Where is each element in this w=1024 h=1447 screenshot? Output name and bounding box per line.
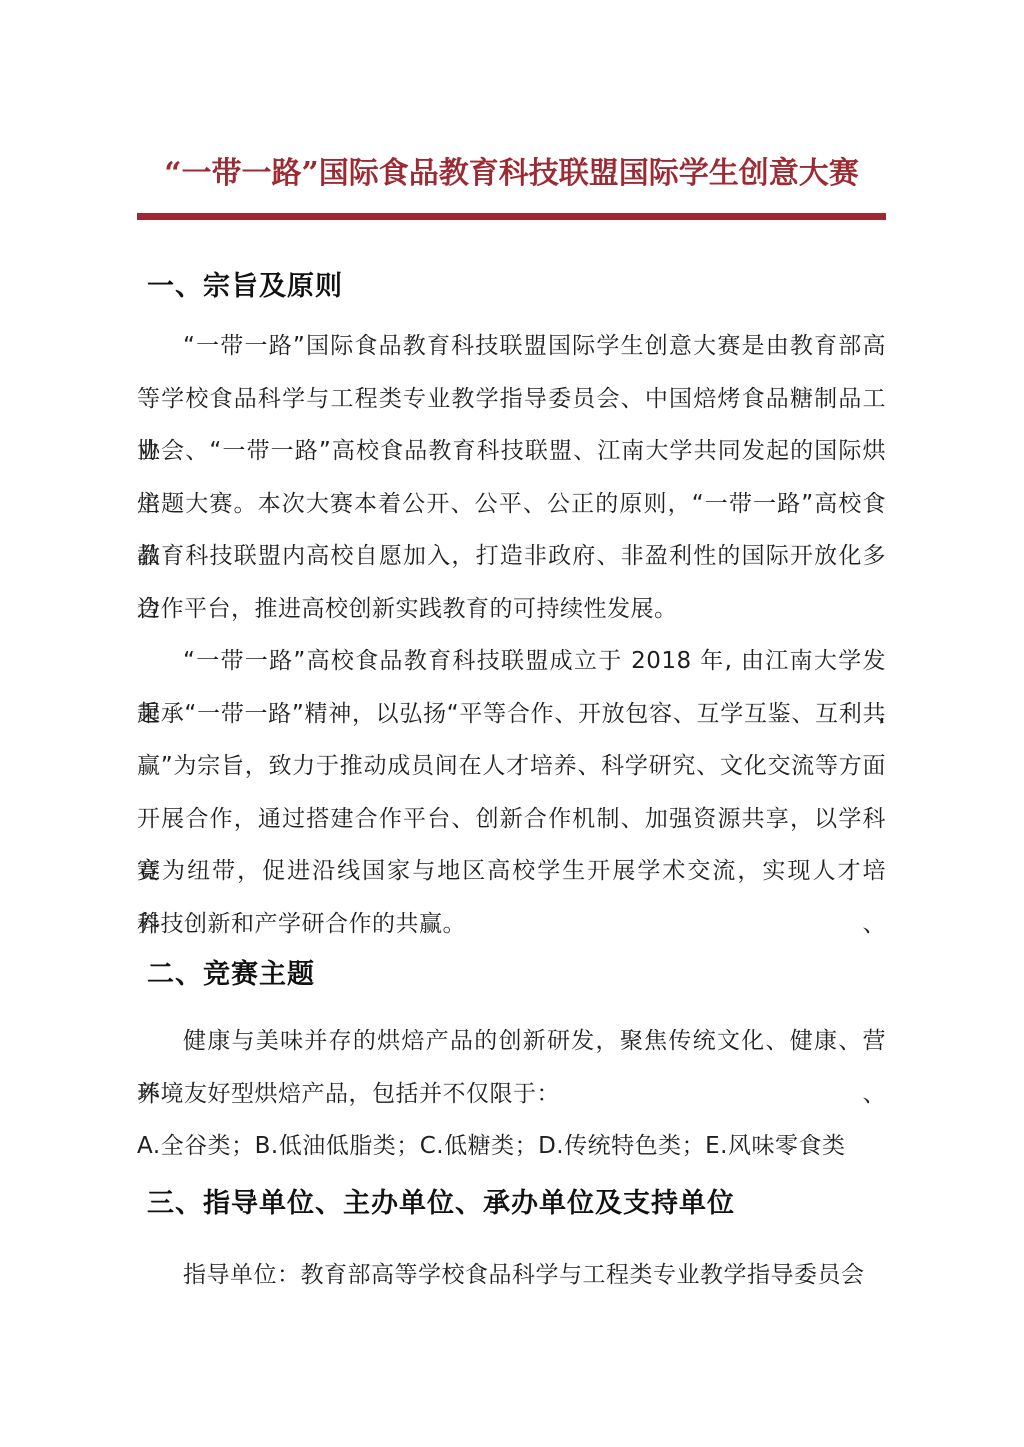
body-line: 合作平台，推进高校创新实践教育的可持续性发展。: [137, 583, 886, 636]
body-line: 等学校食品科学与工程类专业教学指导委员会、中国焙烤食品糖制品工业: [137, 373, 886, 426]
section-heading-theme: 二、竞赛主题: [137, 958, 886, 992]
body-line: 指导单位：教育部高等学校食品科学与工程类专业教学指导委员会: [137, 1249, 886, 1302]
body-line: 秉承“一带一路”精神，以弘扬“平等合作、开放包容、互学互鉴、互利共: [137, 688, 886, 741]
body-line: “一带一路”高校食品教育科技联盟成立于 2018 年, 由江南大学发起,: [137, 635, 886, 688]
document-content: “一带一路”国际食品教育科技联盟国际学生创意大赛 一、宗旨及原则 “一带一路”国…: [137, 150, 886, 1301]
body-line: 主题大赛。本次大赛本着公开、公平、公正的原则，“一带一路”高校食品: [137, 478, 886, 531]
paragraph: 健康与美味并存的烘焙产品的创新研发，聚焦传统文化、健康、营养、 环境友好型烘焙产…: [137, 1015, 886, 1120]
body-line: 协会、“一带一路”高校食品教育科技联盟、江南大学共同发起的国际烘焙: [137, 425, 886, 478]
body-line: 教育科技联盟内高校自愿加入，打造非政府、非盈利性的国际开放化多边: [137, 530, 886, 583]
body-line: 健康与美味并存的烘焙产品的创新研发，聚焦传统文化、健康、营养、: [137, 1015, 886, 1068]
document-page: “一带一路”国际食品教育科技联盟国际学生创意大赛 一、宗旨及原则 “一带一路”国…: [0, 0, 1024, 1447]
paragraph: A.全谷类；B.低油低脂类；C.低糖类；D.传统特色类；E.风味零食类: [137, 1120, 886, 1173]
paragraph: 指导单位：教育部高等学校食品科学与工程类专业教学指导委员会: [137, 1249, 886, 1302]
body-line: 赛为纽带，促进沿线国家与地区高校学生开展学术交流，实现人才培养、: [137, 845, 886, 898]
body-line: 开展合作，通过搭建合作平台、创新合作机制、加强资源共享，以学科竞: [137, 793, 886, 846]
document-title: “一带一路”国际食品教育科技联盟国际学生创意大赛: [137, 150, 886, 198]
paragraph: “一带一路”高校食品教育科技联盟成立于 2018 年, 由江南大学发起, 秉承“…: [137, 635, 886, 950]
body-line: “一带一路”国际食品教育科技联盟国际学生创意大赛是由教育部高: [137, 320, 886, 373]
section-heading-organizers: 三、指导单位、主办单位、承办单位及支持单位: [137, 1187, 886, 1221]
body-line: 赢”为宗旨，致力于推动成员间在人才培养、科学研究、文化交流等方面: [137, 740, 886, 793]
paragraph: “一带一路”国际食品教育科技联盟国际学生创意大赛是由教育部高 等学校食品科学与工…: [137, 320, 886, 635]
title-underline-rule: [137, 213, 886, 220]
category-list-line: A.全谷类；B.低油低脂类；C.低糖类；D.传统特色类；E.风味零食类: [137, 1120, 886, 1173]
section-heading-purpose: 一、宗旨及原则: [137, 270, 886, 304]
